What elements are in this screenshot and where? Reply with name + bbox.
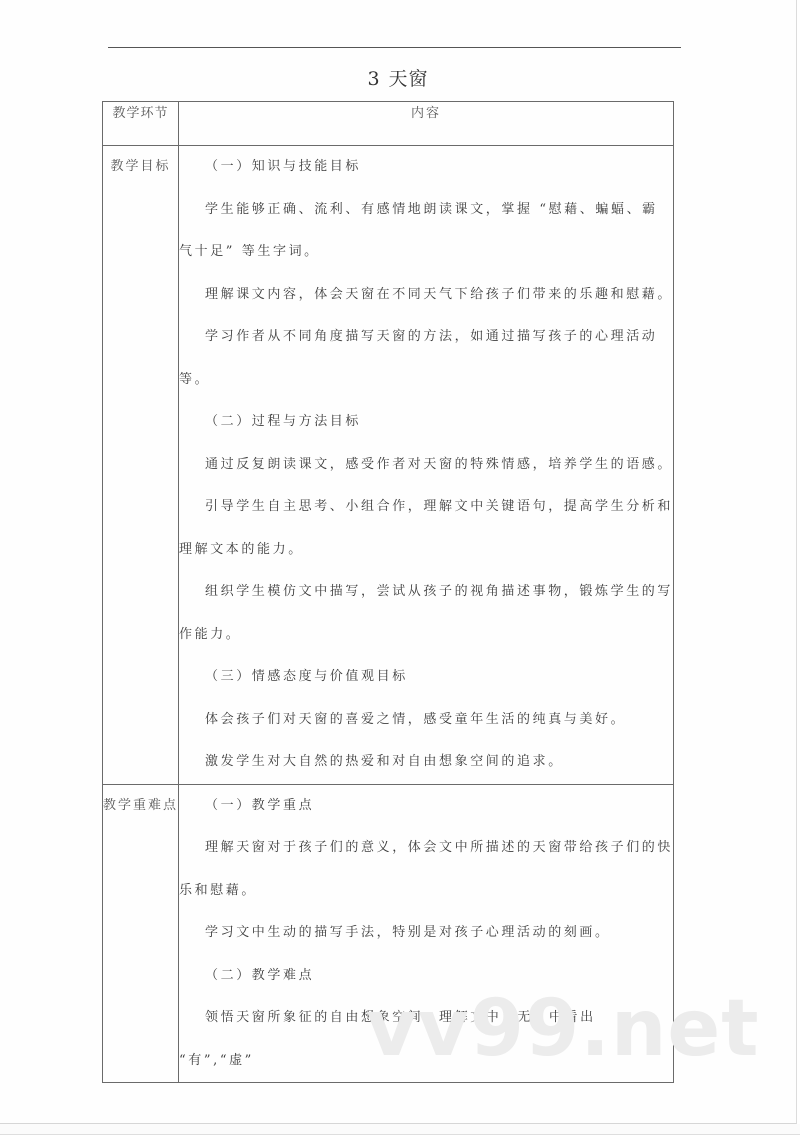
page-separator [0,1124,800,1135]
objectives-content: （一）知识与技能目标 学生能够正确、流利、有感情地朗读课文，掌握 “慰藉、蝙蝠、… [179,146,674,785]
header-teaching-stage: 教学环节 [103,102,179,146]
header-content: 内容 [179,102,674,146]
paragraph: 学习文中生动的描写手法，特别是对孩子心理活动的刻画。 [179,912,673,955]
paragraph: 理解课文内容，体会天窗在不同天气下给孩子们带来的乐趣和慰藉。 [179,274,673,317]
paragraph: 引导学生自主思考、小组合作，理解文中关键语句，提高学生分析和理解文本的能力。 [179,486,673,571]
table-header-row: 教学环节 内容 [103,102,674,146]
subheading-process-methods: （二）过程与方法目标 [179,401,673,444]
subheading-emotion-values: （三）情感态度与价值观目标 [179,656,673,699]
watermark: vv99.net [366,990,760,1068]
lesson-name: 天窗 [389,68,429,90]
subheading-key-points: （一）教学重点 [179,785,673,828]
table-row-teaching-objectives: 教学目标 （一）知识与技能目标 学生能够正确、流利、有感情地朗读课文，掌握 “慰… [103,146,674,785]
row-label-key-difficult: 教学重难点 [103,784,179,1083]
header-rule [108,47,681,48]
document-page: 3天窗 教学环节 内容 教学目标 （一）知识与技能目标 学生能够正确、流利、有感… [0,0,797,1124]
lesson-number: 3 [367,68,380,90]
paragraph: 通过反复朗读课文，感受作者对天窗的特殊情感，培养学生的语感。 [179,444,673,487]
paragraph: 理解天窗对于孩子们的意义，体会文中所描述的天窗带给孩子们的快乐和慰藉。 [179,827,673,912]
subheading-knowledge-skills: （一）知识与技能目标 [179,146,673,189]
row-label-objectives: 教学目标 [103,146,179,785]
lesson-title: 3天窗 [0,64,796,91]
paragraph: 学习作者从不同角度描写天窗的方法，如通过描写孩子的心理活动等。 [179,316,673,401]
paragraph: 组织学生模仿文中描写，尝试从孩子的视角描述事物，锻炼学生的写作能力。 [179,571,673,656]
paragraph: 学生能够正确、流利、有感情地朗读课文，掌握 “慰藉、蝙蝠、霸气十足” 等生字词。 [179,189,673,274]
paragraph: 体会孩子们对天窗的喜爱之情，感受童年生活的纯真与美好。 [179,699,673,742]
lesson-plan-table: 教学环节 内容 教学目标 （一）知识与技能目标 学生能够正确、流利、有感情地朗读… [102,101,674,1083]
paragraph: 激发学生对大自然的热爱和对自由想象空间的追求。 [179,741,673,784]
